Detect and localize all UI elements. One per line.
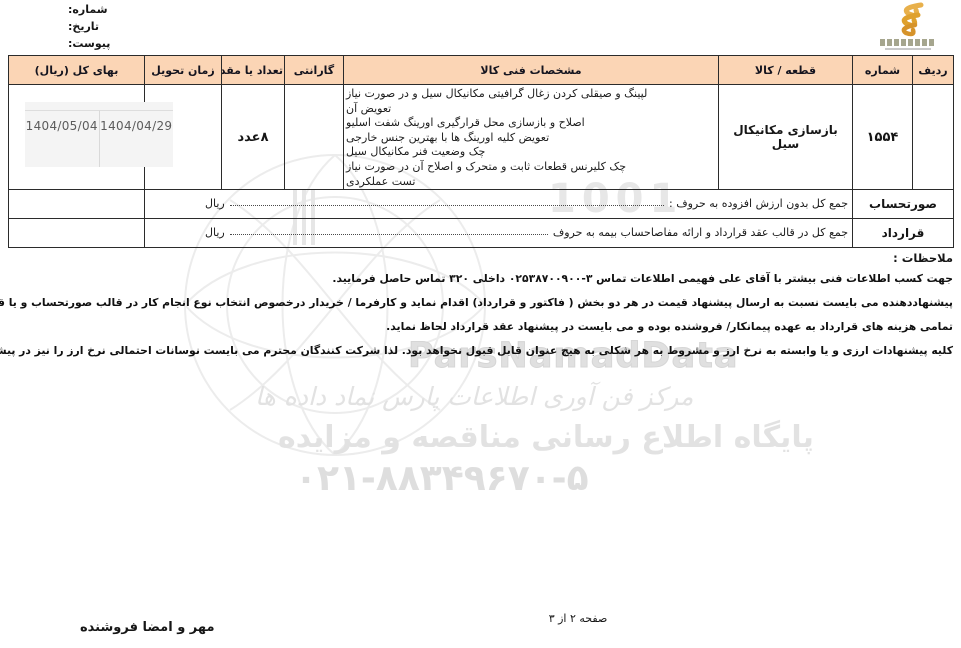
invoice-row-empty-cell <box>9 190 145 219</box>
spec-line: چک کلیرنس قطعات ثابت و متحرک و اصلاح آن … <box>346 160 716 175</box>
header-row: ردیف شماره قطعه / کالا مشخصات فنی کالا گ… <box>9 56 954 85</box>
invoice-sum-text: جمع کل بدون ارزش افزوده به حروف : <box>669 197 848 212</box>
col-header-warranty: گارانتی <box>285 56 344 85</box>
notes-section: ملاحظات : جهت کسب اطلاعات فنی بیشتر با آ… <box>0 251 953 368</box>
contract-row-empty-cell <box>9 219 145 248</box>
dotted-leader <box>230 205 664 206</box>
inquiry-document-page: 1001 ParsNamadData مرکز فن آوری اطلاعات … <box>0 0 961 648</box>
seller-signature-label: مهر و امضا فروشنده <box>80 620 215 635</box>
company-logo <box>876 2 940 50</box>
contract-row-text-cell: جمع کل در قالب عقد قرارداد و ارائه مفاصا… <box>145 219 853 248</box>
date-label: تاریخ: <box>68 20 99 33</box>
invoice-row-text-cell: جمع کل بدون ارزش افزوده به حروف : ریال <box>145 190 853 219</box>
cell-item-part: بازسازی مکانیکال سیل <box>719 85 853 190</box>
cell-item-warranty <box>285 85 344 190</box>
col-header-delivery: زمان تحویل <box>145 56 222 85</box>
watermark-phone: ۰۲۱-۸۸۳۴۹۶۷۰-۵ <box>295 458 589 499</box>
cell-item-quantity: ۸عدد <box>222 85 285 190</box>
delivery-date: 1404/04/29 <box>100 110 174 167</box>
spec-line: تست عملکردی <box>346 175 716 190</box>
delivery-date-box: 1404/05/04 1404/04/29 <box>25 102 173 167</box>
spec-line: اصلاح و بازسازی محل قرارگیری اورینگ شفت … <box>346 116 716 131</box>
spec-line: تعویض کلیه اورینگ ها با بهترین جنس خارجی <box>346 131 716 146</box>
invoice-row-label: صورتحساب <box>853 190 954 219</box>
logo-subline <box>885 48 931 50</box>
attachment-label: پیوست: <box>68 37 110 50</box>
gold-swirl-icon <box>886 2 930 38</box>
contract-sum-text: جمع کل در قالب عقد قرارداد و ارائه مفاصا… <box>553 226 848 241</box>
cell-item-specs: لپینگ و صیقلی کردن زغال گرافیتی مکانیکال… <box>344 85 719 190</box>
note-line-1: جهت کسب اطلاعات فنی بیشتر با آقای علی فه… <box>0 272 953 285</box>
cell-item-number: ۱۵۵۴ <box>853 85 913 190</box>
spec-line: چک وضعیت فنر مکانیکال سیل <box>346 145 716 160</box>
note-line-4: کلیه پیشنهادات ارزی و یا وابسته به نرخ ا… <box>0 344 953 357</box>
watermark-line2: پایگاه اطلاع رسانی مناقصه و مزایده <box>278 420 814 455</box>
note-line-2: پیشنهاددهنده می بایست نسبت به ارسال پیشن… <box>0 296 953 309</box>
watermark-line1: مرکز فن آوری اطلاعات پارس نماد داده ها <box>255 382 693 411</box>
dotted-leader <box>230 234 548 235</box>
number-label: شماره: <box>68 3 108 16</box>
logo-wordmark <box>880 39 936 46</box>
col-header-specs: مشخصات فنی کالا <box>344 56 719 85</box>
contract-currency-unit: ریال <box>205 226 225 241</box>
invoice-currency-unit: ریال <box>205 197 225 212</box>
col-header-part: قطعه / کالا <box>719 56 853 85</box>
col-header-number: شماره <box>853 56 913 85</box>
invoice-sum-row: صورتحساب جمع کل بدون ارزش افزوده به حروف… <box>9 190 954 219</box>
notes-title: ملاحظات : <box>0 251 953 265</box>
contract-row-label: قرارداد <box>853 219 954 248</box>
note-line-3: تمامی هزینه های قرارداد به عهده پیمانکار… <box>0 320 953 333</box>
col-header-total: بهای کل (ریال) <box>9 56 145 85</box>
spec-line: لپینگ و صیقلی کردن زغال گرافیتی مکانیکال… <box>346 87 716 102</box>
page-number-indicator: صفحه ۲ از ۳ <box>528 612 628 625</box>
spec-line: تعویض آن <box>346 102 716 117</box>
contract-sum-row: قرارداد جمع کل در قالب عقد قرارداد و ارا… <box>9 219 954 248</box>
col-header-row: ردیف <box>913 56 954 85</box>
cell-row-index <box>913 85 954 190</box>
total-due-date: 1404/05/04 <box>25 110 100 167</box>
col-header-quantity: تعداد یا مقدار <box>222 56 285 85</box>
